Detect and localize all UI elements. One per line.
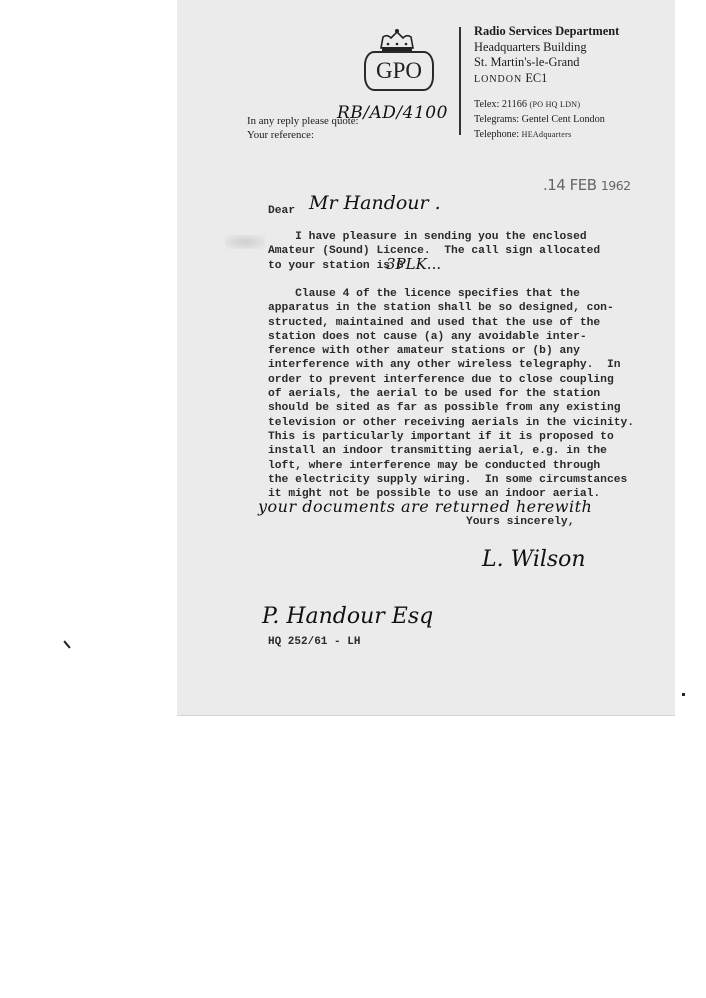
salutation: Dear	[268, 204, 295, 218]
city: LONDON	[474, 74, 522, 85]
letterhead-address: Radio Services Department Headquarters B…	[474, 24, 619, 87]
stray-mark	[63, 640, 70, 648]
gpo-logo: GPO	[364, 28, 432, 90]
call-sign-handwritten: 3PLK...	[386, 255, 441, 273]
letterhead-divider	[459, 27, 461, 135]
telephone-line: Telephone: HEAdquarters	[474, 127, 605, 142]
telegrams-line: Telegrams: Gentel Cent London	[474, 112, 605, 127]
file-reference: HQ 252/61 - LH	[268, 636, 360, 648]
crown-icon	[377, 28, 417, 52]
smudge-mark	[225, 235, 265, 249]
salutation-name-handwritten: Mr Handour .	[309, 192, 441, 214]
street-name: St. Martin's-le-Grand	[474, 55, 619, 71]
telex-line: Telex: 21166 (PO HQ LDN)	[474, 97, 605, 112]
valediction: Yours sincerely,	[466, 515, 574, 529]
letterhead-contact: Telex: 21166 (PO HQ LDN) Telegrams: Gent…	[474, 97, 605, 142]
stray-dot	[682, 693, 685, 696]
postcode: EC1	[525, 71, 547, 85]
handwritten-note: your documents are returned herewith	[258, 497, 592, 516]
quote-reference-handwritten: RB/AD/4100	[337, 103, 448, 123]
date-stamp: .14 FEB 1962	[543, 176, 631, 194]
building-name: Headquarters Building	[474, 40, 619, 56]
department-name: Radio Services Department	[474, 24, 619, 40]
gpo-logo-text: GPO	[364, 51, 434, 91]
addressee-handwritten: P. Handour Esq	[262, 604, 433, 629]
your-reference-label: Your reference:	[247, 128, 359, 142]
signature: L. Wilson	[482, 547, 586, 572]
body-paragraph-2: Clause 4 of the licence specifies that t…	[268, 287, 634, 501]
city-line: LONDON EC1	[474, 71, 619, 88]
